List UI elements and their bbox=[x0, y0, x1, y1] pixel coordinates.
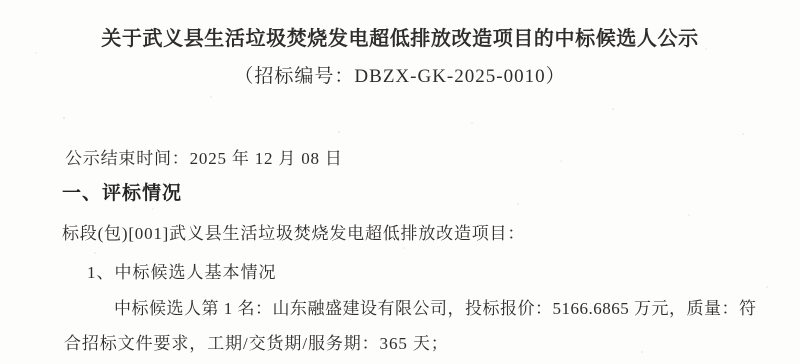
tender-number-line: （招标编号：DBZX-GK-2025-0010） bbox=[0, 61, 800, 88]
publicity-end-time-line: 公示结束时间：2025 年 12 月 08 日 bbox=[65, 144, 343, 169]
document-title: 关于武义县生活垃圾焚烧发电超低排放改造项目的中标候选人公示 bbox=[0, 22, 800, 51]
candidate-info-line-2: 合招标文件要求，工期/交货期/服务期：365 天； bbox=[64, 329, 449, 354]
scanned-document-page: 关于武义县生活垃圾焚烧发电超低排放改造项目的中标候选人公示 （招标编号：DBZX… bbox=[0, 0, 800, 364]
lot-package-line: 标段(包)[001]武义县生活垃圾焚烧发电超低排放改造项目： bbox=[62, 219, 525, 244]
section-heading-bid-evaluation: 一、评标情况 bbox=[62, 178, 182, 205]
scan-noise-texture bbox=[0, 0, 2, 2]
subsection-heading-candidate-basic-info: 1、中标候选人基本情况 bbox=[87, 258, 277, 283]
candidate-info-line-1: 中标候选人第 1 名：山东融盛建设有限公司，投标报价：5166.6865 万元，… bbox=[114, 294, 757, 319]
